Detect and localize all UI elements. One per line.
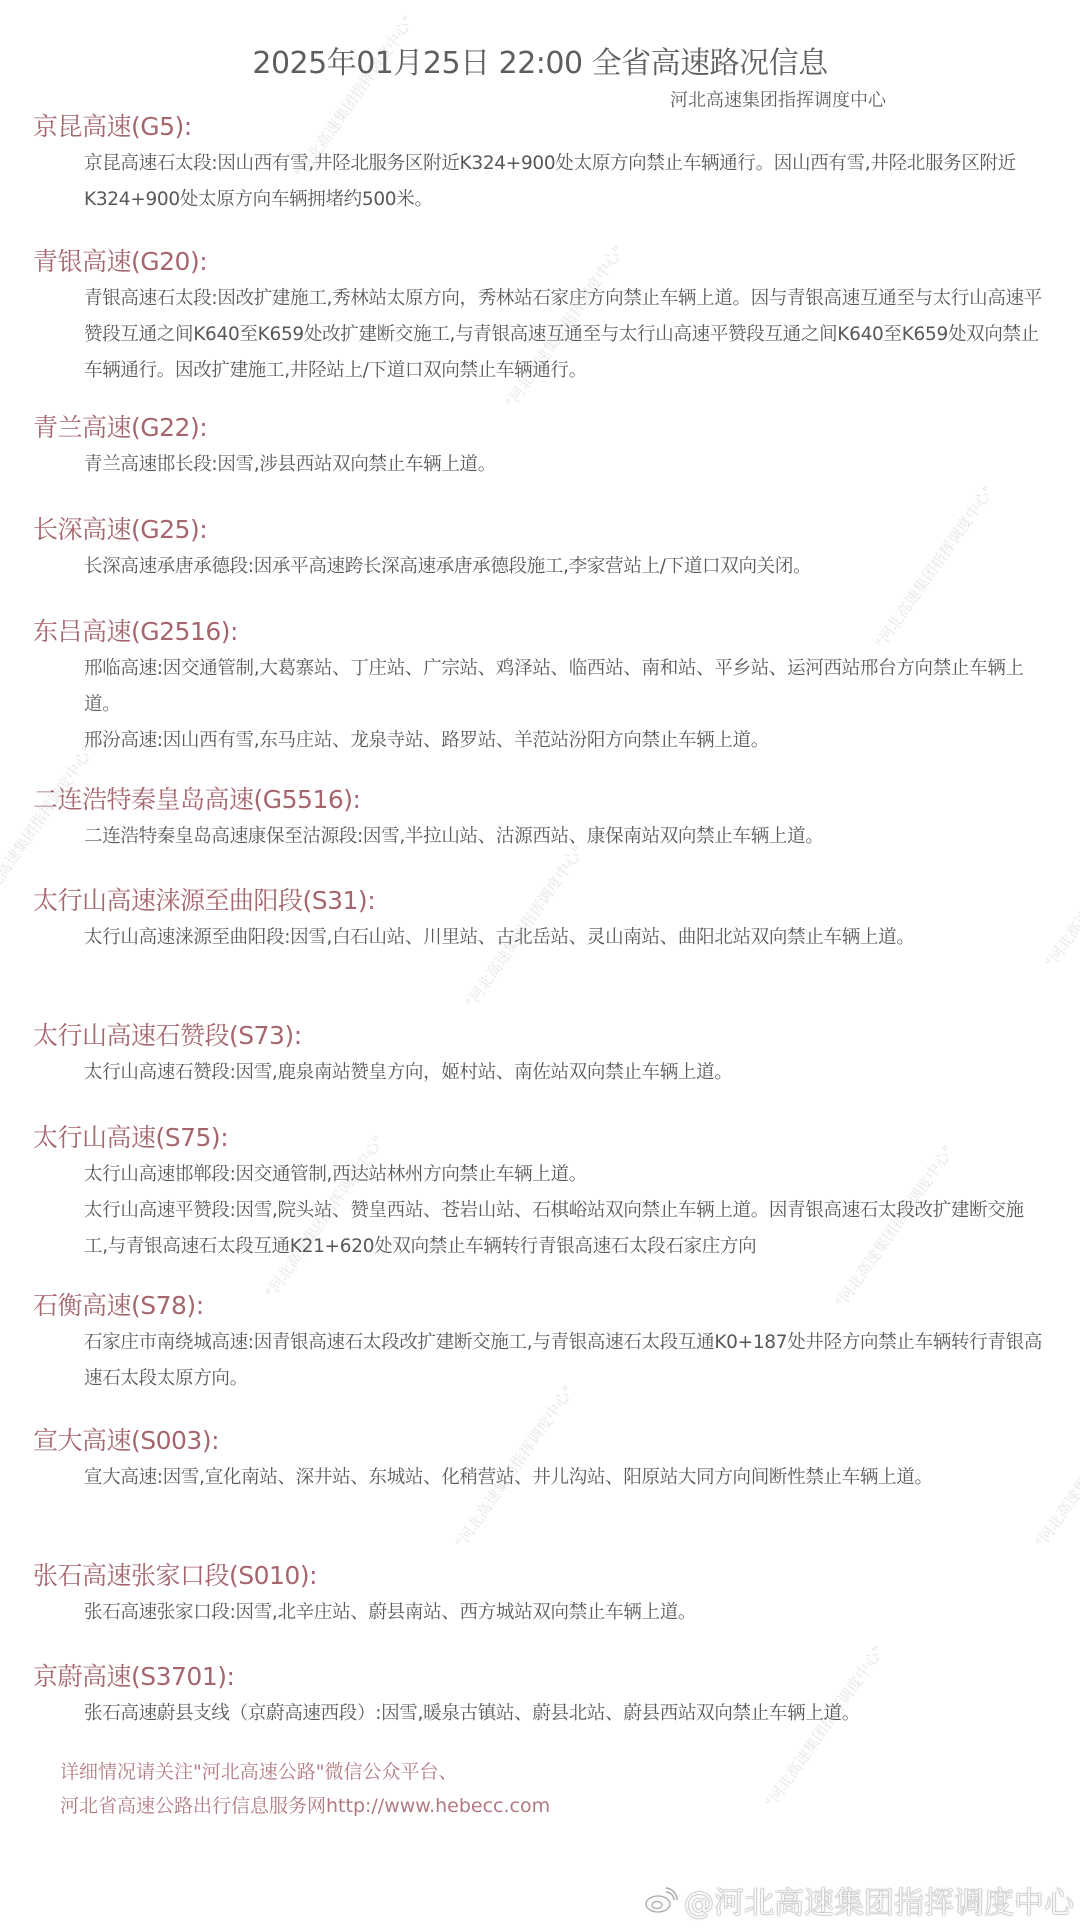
weibo-handle: @河北高速集团指挥调度中心 xyxy=(684,1878,1074,1922)
section-body: 宣大高速:因雪,宣化南站、深井站、东城站、化稍营站、井儿沟站、阳原站大同方向间断… xyxy=(84,1460,1043,1496)
section-heading: 京蔚高速(S3701): xyxy=(33,1660,1043,1694)
road-section-s75: 太行山高速(S75): 太行山高速邯郸段:因交通管制,西达站林州方向禁止车辆上道… xyxy=(33,1121,1043,1265)
section-body: 太行山高速涞源至曲阳段:因雪,白石山站、川里站、古北岳站、灵山南站、曲阳北站双向… xyxy=(84,920,1043,956)
status-line: 京昆高速石太段:因山西有雪,井陉北服务区附近K324+900处太原方向禁止车辆通… xyxy=(84,146,1043,218)
status-line: 二连浩特秦皇岛高速康保至沽源段:因雪,半拉山站、沽源西站、康保南站双向禁止车辆上… xyxy=(84,819,1043,855)
road-section-g25: 长深高速(G25): 长深高速承唐承德段:因承平高速跨长深高速承唐承德段施工,李… xyxy=(33,513,1043,585)
road-section-s31: 太行山高速涞源至曲阳段(S31): 太行山高速涞源至曲阳段:因雪,白石山站、川里… xyxy=(33,884,1043,956)
section-body: 京昆高速石太段:因山西有雪,井陉北服务区附近K324+900处太原方向禁止车辆通… xyxy=(84,146,1043,218)
section-body: 太行山高速石赞段:因雪,鹿泉南站赞皇方向，姬村站、南佐站双向禁止车辆上道。 xyxy=(84,1055,1043,1091)
status-line: 太行山高速石赞段:因雪,鹿泉南站赞皇方向，姬村站、南佐站双向禁止车辆上道。 xyxy=(84,1055,1043,1091)
section-body: 二连浩特秦皇岛高速康保至沽源段:因雪,半拉山站、沽源西站、康保南站双向禁止车辆上… xyxy=(84,819,1043,855)
road-section-s73: 太行山高速石赞段(S73): 太行山高速石赞段:因雪,鹿泉南站赞皇方向，姬村站、… xyxy=(33,1019,1043,1091)
section-body: 青兰高速邯长段:因雪,涉县西站双向禁止车辆上道。 xyxy=(84,447,1043,483)
road-section-s003: 宣大高速(S003): 宣大高速:因雪,宣化南站、深井站、东城站、化稍营站、井儿… xyxy=(33,1424,1043,1496)
road-section-g5: 京昆高速(G5): 京昆高速石太段:因山西有雪,井陉北服务区附近K324+900… xyxy=(33,110,1043,218)
section-heading: 青兰高速(G22): xyxy=(33,411,1043,445)
watermark: "河北高速集团指挥调度中心" xyxy=(1040,801,1080,972)
page-title: 2025年01月25日 22:00 全省高速路况信息 xyxy=(0,38,1080,82)
section-body: 青银高速石太段:因改扩建施工,秀林站太原方向，秀林站石家庄方向禁止车辆上道。因与… xyxy=(84,281,1043,389)
section-body: 张石高速蔚县支线（京蔚高速西段）:因雪,暖泉古镇站、蔚县北站、蔚县西站双向禁止车… xyxy=(84,1696,1043,1732)
footer-note: 详细情况请关注"河北高速公路"微信公众平台、 河北省高速公路出行信息服务网htt… xyxy=(60,1755,550,1823)
section-heading: 长深高速(G25): xyxy=(33,513,1043,547)
road-section-g5516: 二连浩特秦皇岛高速(G5516): 二连浩特秦皇岛高速康保至沽源段:因雪,半拉山… xyxy=(33,783,1043,855)
status-line: 邢汾高速:因山西有雪,东马庄站、龙泉寺站、路罗站、羊范站汾阳方向禁止车辆上道。 xyxy=(84,723,1043,759)
section-heading: 太行山高速(S75): xyxy=(33,1121,1043,1155)
section-body: 长深高速承唐承德段:因承平高速跨长深高速承唐承德段施工,李家营站上/下道口双向关… xyxy=(84,549,1043,585)
section-body: 张石高速张家口段:因雪,北辛庄站、蔚县南站、西方城站双向禁止车辆上道。 xyxy=(84,1595,1043,1631)
section-heading: 二连浩特秦皇岛高速(G5516): xyxy=(33,783,1043,817)
road-section-g22: 青兰高速(G22): 青兰高速邯长段:因雪,涉县西站双向禁止车辆上道。 xyxy=(33,411,1043,483)
section-heading: 石衡高速(S78): xyxy=(33,1289,1043,1323)
section-heading: 太行山高速石赞段(S73): xyxy=(33,1019,1043,1053)
section-heading: 宣大高速(S003): xyxy=(33,1424,1043,1458)
status-line: 宣大高速:因雪,宣化南站、深井站、东城站、化稍营站、井儿沟站、阳原站大同方向间断… xyxy=(84,1460,1043,1496)
status-line: 石家庄市南绕城高速:因青银高速石太段改扩建断交施工,与青银高速石太段互通K0+1… xyxy=(84,1325,1043,1397)
status-line: 太行山高速邯郸段:因交通管制,西达站林州方向禁止车辆上道。 xyxy=(84,1157,1043,1193)
section-heading: 张石高速张家口段(S010): xyxy=(33,1559,1043,1593)
source-label: 河北高速集团指挥调度中心 xyxy=(670,86,886,112)
status-line: 张石高速张家口段:因雪,北辛庄站、蔚县南站、西方城站双向禁止车辆上道。 xyxy=(84,1595,1043,1631)
status-line: 太行山高速平赞段:因雪,院头站、赞皇西站、苍岩山站、石棋峪站双向禁止车辆上道。因… xyxy=(84,1193,1043,1265)
road-section-s3701: 京蔚高速(S3701): 张石高速蔚县支线（京蔚高速西段）:因雪,暖泉古镇站、蔚… xyxy=(33,1660,1043,1732)
status-line: 张石高速蔚县支线（京蔚高速西段）:因雪,暖泉古镇站、蔚县北站、蔚县西站双向禁止车… xyxy=(84,1696,1043,1732)
section-heading: 青银高速(G20): xyxy=(33,245,1043,279)
section-heading: 京昆高速(G5): xyxy=(33,110,1043,144)
status-line: 太行山高速涞源至曲阳段:因雪,白石山站、川里站、古北岳站、灵山南站、曲阳北站双向… xyxy=(84,920,1043,956)
footer-line-website: 河北省高速公路出行信息服务网http://www.hebecc.com xyxy=(60,1789,550,1823)
status-line: 青兰高速邯长段:因雪,涉县西站双向禁止车辆上道。 xyxy=(84,447,1043,483)
road-section-s010: 张石高速张家口段(S010): 张石高速张家口段:因雪,北辛庄站、蔚县南站、西方… xyxy=(33,1559,1043,1631)
section-body: 邢临高速:因交通管制,大葛寨站、丁庄站、广宗站、鸡泽站、临西站、南和站、平乡站、… xyxy=(84,651,1043,759)
footer-line-wechat: 详细情况请关注"河北高速公路"微信公众平台、 xyxy=(60,1755,550,1789)
section-heading: 太行山高速涞源至曲阳段(S31): xyxy=(33,884,1043,918)
status-line: 长深高速承唐承德段:因承平高速跨长深高速承唐承德段施工,李家营站上/下道口双向关… xyxy=(84,549,1043,585)
road-section-s78: 石衡高速(S78): 石家庄市南绕城高速:因青银高速石太段改扩建断交施工,与青银… xyxy=(33,1289,1043,1397)
section-body: 太行山高速邯郸段:因交通管制,西达站林州方向禁止车辆上道。 太行山高速平赞段:因… xyxy=(84,1157,1043,1265)
weibo-icon xyxy=(644,1886,678,1914)
section-body: 石家庄市南绕城高速:因青银高速石太段改扩建断交施工,与青银高速石太段互通K0+1… xyxy=(84,1325,1043,1397)
road-section-g2516: 东吕高速(G2516): 邢临高速:因交通管制,大葛寨站、丁庄站、广宗站、鸡泽站… xyxy=(33,615,1043,759)
status-line: 青银高速石太段:因改扩建施工,秀林站太原方向，秀林站石家庄方向禁止车辆上道。因与… xyxy=(84,281,1043,389)
status-line: 邢临高速:因交通管制,大葛寨站、丁庄站、广宗站、鸡泽站、临西站、南和站、平乡站、… xyxy=(84,651,1043,723)
section-heading: 东吕高速(G2516): xyxy=(33,615,1043,649)
weibo-watermark: @河北高速集团指挥调度中心 xyxy=(644,1878,1074,1922)
road-section-g20: 青银高速(G20): 青银高速石太段:因改扩建施工,秀林站太原方向，秀林站石家庄… xyxy=(33,245,1043,389)
